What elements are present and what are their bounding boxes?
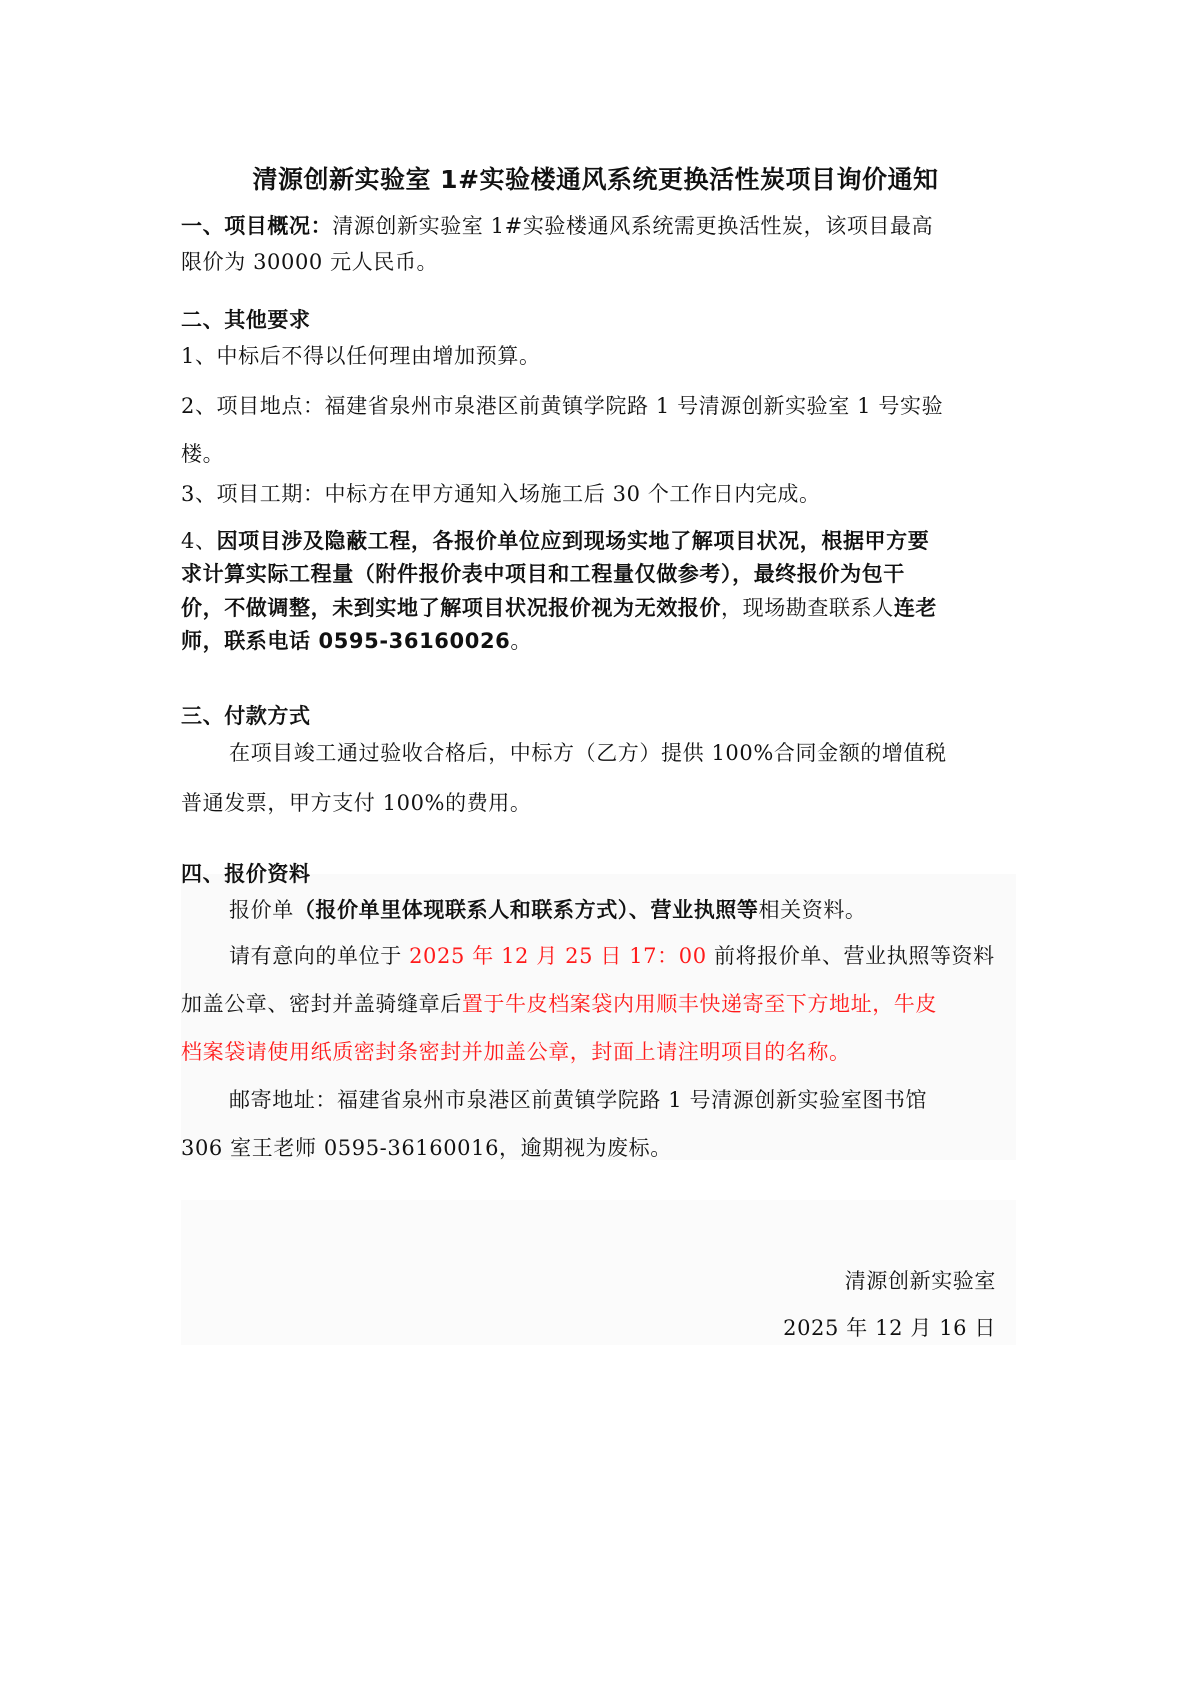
requirement-item-2: 2、项目地点：福建省泉州市泉港区前黄镇学院路 1 号清源创新实验室 1 号实验	[181, 390, 1016, 420]
text: 相关资料。	[759, 898, 867, 922]
requirement-item-4-line4: 师，联系电话 0595-36160026。	[181, 625, 1016, 655]
requirement-item-2-cont: 楼。	[181, 438, 1016, 468]
text: 报价单	[229, 898, 294, 922]
bold-text: （报价单里体现联系人和联系方式）、营业执照等	[294, 898, 759, 922]
requirement-item-4-line2: 求计算实际工程量（附件报价表中项目和工程量仅做参考），最终报价为包干	[181, 558, 1016, 588]
requirement-item-3: 3、项目工期：中标方在甲方通知入场施工后 30 个工作日内完成。	[181, 478, 1016, 508]
item4-normal-text: ，现场勘查联系人	[721, 596, 894, 620]
quote-materials-line: 报价单（报价单里体现联系人和联系方式）、营业执照等相关资料。	[181, 894, 1064, 924]
section1-text: 清源创新实验室 1#实验楼通风系统需更换活性炭，该项目最高	[332, 214, 933, 238]
section4-heading: 四、报价资料	[181, 858, 1016, 888]
requirement-item-1: 1、中标后不得以任何理由增加预算。	[181, 340, 1016, 370]
punctuation: 。	[510, 629, 532, 653]
requirement-item-4-line1: 4、因项目涉及隐蔽工程，各报价单位应到现场实地了解项目状况，根据甲方要	[181, 525, 1016, 555]
contact-phone: 师，联系电话 0595-36160026	[181, 629, 510, 653]
section1-line2: 限价为 30000 元人民币。	[181, 246, 1016, 276]
signature-date: 2025 年 12 月 16 日	[783, 1312, 996, 1342]
text: 加盖公章、密封并盖骑缝章后	[181, 992, 462, 1016]
text: 前将报价单、营业执照等资料	[707, 944, 995, 968]
text: 请有意向的单位于	[229, 944, 409, 968]
contact-name: 连老	[894, 596, 937, 620]
payment-text-line1: 在项目竣工通过验收合格后，中标方（乙方）提供 100%合同金额的增值税	[181, 737, 1064, 767]
mailing-address-line2: 306 室王老师 0595-36160016，逾期视为废标。	[181, 1132, 1016, 1162]
sealing-line2: 档案袋请使用纸质密封条密封并加盖公章，封面上请注明项目的名称。	[181, 1036, 1016, 1066]
mailing-address-line1: 邮寄地址：福建省泉州市泉港区前黄镇学院路 1 号清源创新实验室图书馆	[181, 1084, 1064, 1114]
item4-number: 4、	[181, 529, 217, 553]
deadline: 2025 年 12 月 25 日 17：00	[409, 944, 707, 968]
signature-org: 清源创新实验室	[845, 1265, 996, 1295]
document-title: 清源创新实验室 1#实验楼通风系统更换活性炭项目询价通知	[0, 160, 1191, 196]
item4-bold-text: 因项目涉及隐蔽工程，各报价单位应到现场实地了解项目状况，根据甲方要	[217, 529, 930, 553]
requirement-item-4-line3: 价，不做调整，未到实地了解项目状况报价视为无效报价，现场勘查联系人连老	[181, 592, 1016, 622]
sealing-line1: 加盖公章、密封并盖骑缝章后置于牛皮档案袋内用顺丰快递寄至下方地址，牛皮	[181, 988, 1016, 1018]
payment-text-line2: 普通发票，甲方支付 100%的费用。	[181, 787, 1016, 817]
section1-heading: 一、项目概况：	[181, 214, 332, 238]
section2-heading: 二、其他要求	[181, 304, 1016, 334]
document-page: 清源创新实验室 1#实验楼通风系统更换活性炭项目询价通知 一、项目概况：清源创新…	[0, 0, 1191, 1684]
red-instructions: 置于牛皮档案袋内用顺丰快递寄至下方地址，牛皮	[462, 992, 937, 1016]
section1-line1: 一、项目概况：清源创新实验室 1#实验楼通风系统需更换活性炭，该项目最高	[181, 210, 1016, 240]
item4-bold-text: 价，不做调整，未到实地了解项目状况报价视为无效报价	[181, 596, 721, 620]
section3-heading: 三、付款方式	[181, 700, 1016, 730]
deadline-line: 请有意向的单位于 2025 年 12 月 25 日 17：00 前将报价单、营业…	[181, 940, 1064, 970]
